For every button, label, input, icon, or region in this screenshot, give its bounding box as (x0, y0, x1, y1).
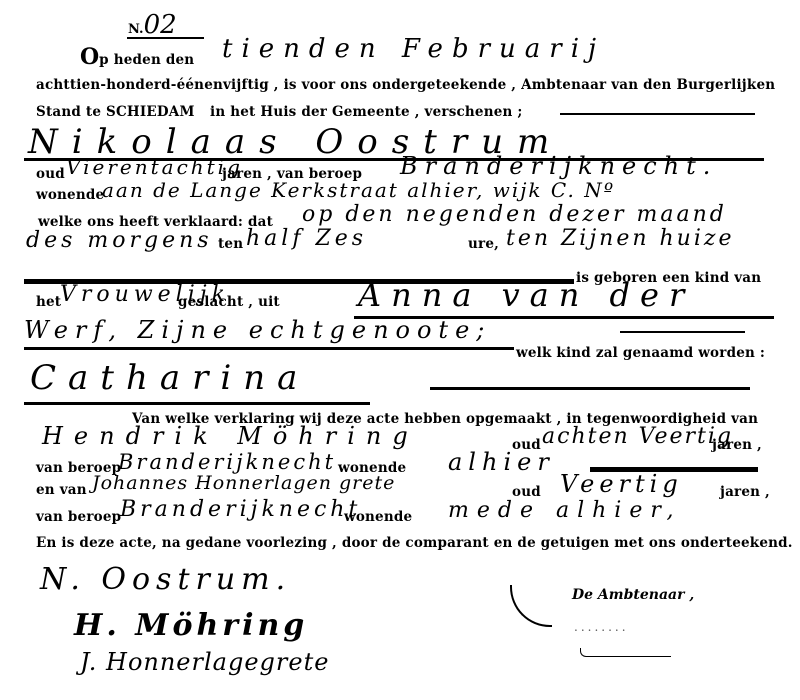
signature-declarant: N. Oostrum. (40, 562, 291, 597)
year-line: achttien-honderd-éénenvijftig , is voor … (36, 77, 775, 93)
witness1-residence: alhier (448, 448, 555, 476)
witness1-name: Hendrik Möhring (42, 422, 419, 450)
witness2-occupation: Branderijknecht (120, 497, 361, 522)
official-label: De Ambtenaar , (572, 587, 694, 603)
witness1-occupation: Branderijknecht (118, 450, 336, 474)
official-signature-flourish (510, 585, 552, 627)
signature-witness1: H. Möhring (74, 608, 308, 643)
mother-end-rule (620, 331, 745, 333)
record-number-label: N. (128, 22, 144, 37)
declarant-age: Vierentachtig (66, 155, 243, 179)
genaamd-label: welk kind zal genaamd worden : (516, 345, 765, 361)
witness2-beroep-label: van beroep (36, 509, 121, 525)
stand-label: Stand te SCHIEDAM (36, 104, 195, 120)
child-name-underline-2 (430, 387, 750, 390)
witness2-wonende-label: wonende (344, 509, 412, 525)
witness2-age: Veertig (560, 470, 683, 498)
record-number: N.02 (128, 10, 177, 40)
op-initial: O (80, 44, 99, 70)
date-handwritten: tienden Februarij (222, 34, 605, 64)
birth-time-morning: des morgens (26, 228, 213, 253)
huis-label: in het Huis der Gemeente , verschenen ; (210, 104, 523, 120)
birth-time-hour: half Zes (246, 226, 367, 251)
birth-date-handwritten: op den negenden dezer maand (302, 202, 727, 227)
witness1-age: achten Veertig (542, 424, 733, 449)
witness2-en-van-label: en van (36, 482, 87, 498)
witness1-jaren-label: jaren , (712, 437, 762, 453)
witness2-jaren-label: jaren , (720, 484, 770, 500)
declarant-occupation: Branderijknecht. (400, 152, 717, 180)
record-number-underline (127, 37, 204, 39)
closing-text: En is deze acte, na gedane voorlezing , … (36, 535, 793, 551)
mother-name-part1: Anna van der (358, 276, 694, 314)
date-line: Op heden den (80, 44, 194, 70)
child-name: Catharina (30, 358, 309, 398)
oud-label: oud (36, 166, 65, 182)
child-name-underline (24, 402, 370, 405)
verschenen-rule (560, 113, 755, 115)
official-signature: ........ (574, 620, 629, 634)
witness2-residence: mede alhier, (448, 498, 681, 523)
declarant-residence: aan de Lange Kerkstraat alhier, wijk C. … (102, 178, 615, 202)
op-heden-label: p heden den (99, 52, 194, 68)
het-label: het (36, 294, 61, 310)
record-number-value: 02 (144, 10, 177, 40)
witness2-name: Johannes Honnerlagen grete (92, 472, 395, 494)
mother-underline-2 (24, 347, 514, 350)
ten-label: ten (218, 236, 243, 252)
mother-name-part2: Werf, Zijne echtgenoote; (24, 316, 491, 344)
birth-place: ten Zijnen huize (506, 226, 735, 251)
official-signature-underline (580, 648, 671, 657)
wonende-label: wonende (36, 187, 104, 203)
ure-label: ure, (468, 236, 499, 252)
geslacht-uit-label: geslacht , uit (178, 294, 280, 310)
signature-witness2: J. Honnerlagegrete (80, 648, 329, 676)
